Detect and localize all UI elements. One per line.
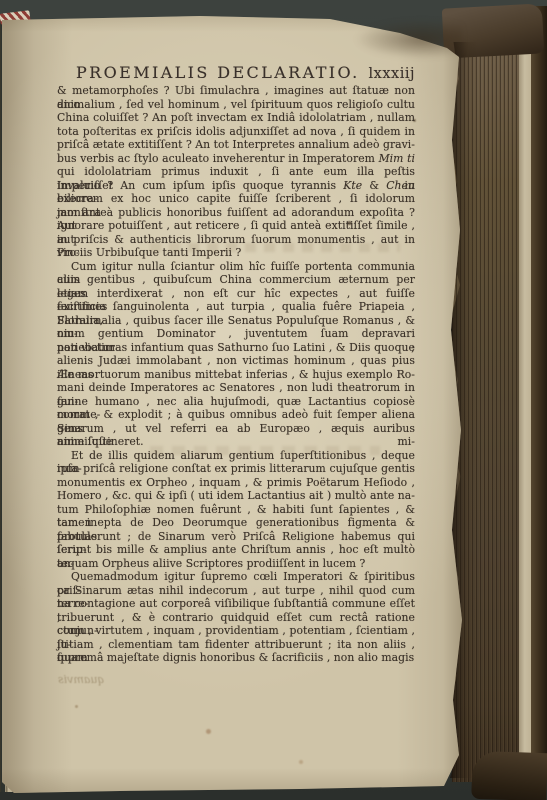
show-through-text: quamvis: [58, 673, 105, 686]
text-line: monumentis ex Orpheo , inquam , & primis…: [57, 476, 415, 490]
text-line: tum Philoſophiæ nomen fuêrunt , & habiti…: [57, 503, 415, 517]
text-line: tribuerunt , & è contrario quidquid eſſe…: [57, 611, 415, 625]
text-line: jam anteà publicis honoribus fuiſſent ad…: [57, 206, 415, 220]
book-cover-edge: [531, 6, 547, 786]
running-header: PROEMIALIS DECLARATIO. lxxxiij: [57, 63, 415, 82]
text-line: bus verbis ac ſtylo aculeato inveherentu…: [57, 152, 415, 166]
text-line: animalium , ſed vel hominum , vel ſpirit…: [57, 98, 415, 112]
text-line: ca Sinarum ætas nihil indecorum , aut tu…: [57, 584, 415, 598]
text-block: & metamorphoſes ? Ubi ſimulachra , imagi…: [57, 84, 415, 665]
text-line: Sathurnalia , quibus ſacer ille Senatus …: [57, 314, 415, 328]
text-line: ſerunt bis mille & amplius ante Chriſtum…: [57, 543, 415, 557]
text-line: non victimas infantium quas Sathurno ſuo…: [57, 341, 415, 355]
text-line: ſtitiam , clementiam tam fidenter attrib…: [57, 638, 415, 652]
text-line: ille mortuorum manibus mittebat inferias…: [57, 368, 415, 382]
text-line: ctum , virtutem , inquam , providentiam …: [57, 624, 415, 638]
paragraph: & metamorphoſes ? Ubi ſimulachra , imagi…: [57, 84, 415, 260]
paragraph: Quemadmodum igitur ſupremo cœli Imperato…: [57, 570, 415, 665]
text-line: qui idololatriam primus induxit , ſi ant…: [57, 165, 415, 179]
paragraph: Et de illis quidem aliarum gentium ſuper…: [57, 449, 415, 571]
text-line: tota poſteritas ex priſcis idolis adjunx…: [57, 125, 415, 139]
text-line: Homero , &c. qui & ipſi ( uti idem Lacta…: [57, 489, 415, 503]
book-photo: PROEMIALIS DECLARATIO. lxxxiij & metamor…: [0, 0, 547, 800]
text-line: ſacrificia ſanguinolenta , aut turpia , …: [57, 300, 415, 314]
text-line: China coluiſſet ? An poſt invectam ex In…: [57, 111, 415, 125]
show-through-smudge: [150, 243, 400, 252]
text-line: morat , & explodit ; à quibus omnibus ad…: [57, 408, 415, 422]
running-title: PROEMIALIS DECLARATIO.: [57, 63, 369, 82]
text-line: ſupremâ majeſtate dignis honoribus & ſac…: [57, 651, 415, 665]
text-line: tequam Orpheus aliive Scriptores prodiiſ…: [57, 557, 415, 571]
folio-number: lxxxiij: [369, 66, 415, 82]
foxing-spot: [75, 705, 78, 708]
text-line: priſcâ ætate extitiſſent ? An tot Interp…: [57, 138, 415, 152]
text-line: alienis Judæi immolabant , non victimas …: [57, 354, 415, 368]
text-line: nium gentium Dominator , juventutem ſuam…: [57, 327, 415, 341]
show-through-smudge: [150, 446, 380, 455]
text-line: Sinarum , ut vel referri ea ab Europæo ,…: [57, 422, 415, 436]
text-line: tam inepta de Deo Deorumque generationib…: [57, 516, 415, 530]
text-line: biliorem ex hoc unico capite fuiſſe ſcri…: [57, 192, 415, 206]
foxing-spot: [206, 729, 211, 734]
text-line: Quemadmodum igitur ſupremo cœli Imperato…: [57, 570, 415, 584]
text-line: rum priſcâ religione conſtat ex primis l…: [57, 462, 415, 476]
text-line: protulerunt ; de Sinarum verò Priſcâ Rel…: [57, 530, 415, 544]
text-line: ignorare potuiſſent , aut reticere , ſi …: [57, 219, 415, 233]
paragraph: Cum igitur nulla ſciantur olim hîc fuiſſ…: [57, 260, 415, 449]
book-cover-bottom-corner: [471, 751, 547, 800]
text-line: Cum igitur nulla ſciantur olim hîc fuiſſ…: [57, 260, 415, 274]
foxing-spot: [299, 760, 303, 764]
text-line: aliis gentibus , quibuſcum China commerc…: [57, 273, 415, 287]
text-line: na contagione aut corporeâ viſibilique ſ…: [57, 597, 415, 611]
text-line: & metamorphoſes ? Ubi ſimulachra , imagi…: [57, 84, 415, 98]
text-line: guine humano , nec alia hujuſmodi, quæ L…: [57, 395, 415, 409]
text-line: Imperio ? An cum ipſum ipſis quoque tyra…: [57, 179, 415, 193]
text-line: etiam interdixerat , non eſt cur hîc exp…: [57, 287, 415, 301]
text-line: mani deinde Imperatores ac Senatores , n…: [57, 381, 415, 395]
